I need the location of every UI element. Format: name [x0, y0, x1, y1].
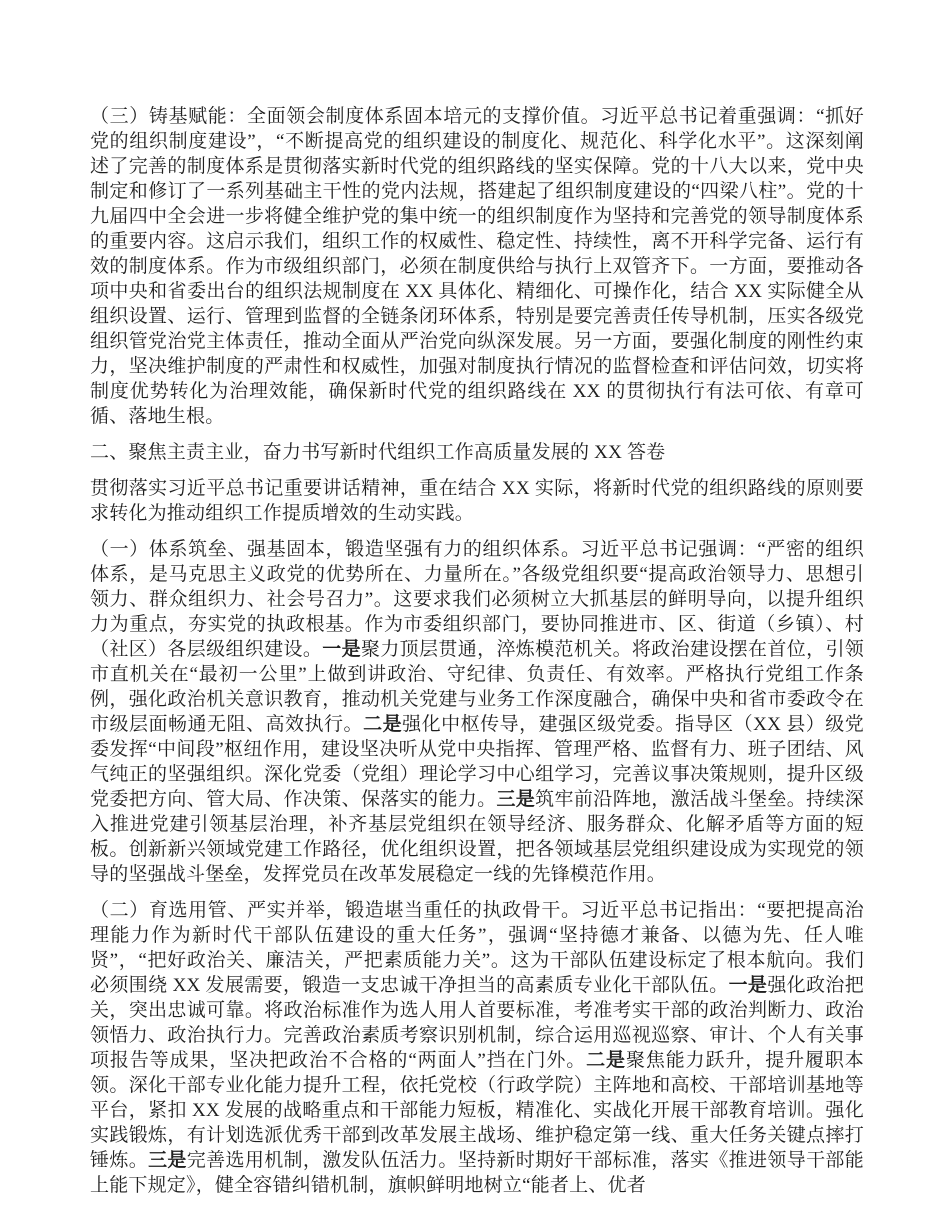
bold-run: 二是 [363, 714, 402, 735]
text-run: 贯彻落实习近平总书记重要讲话精神，重在结合 XX 实际，将新时代党的组织路线的原… [90, 478, 864, 524]
paragraph-section-2-intro: 贯彻落实习近平总书记重要讲话精神，重在结合 XX 实际，将新时代党的组织路线的原… [90, 476, 864, 526]
text-run: 完善选用机制，激发队伍活力。坚持新时期好干部标准，落实《推进领导干部能上能下规定… [90, 1150, 864, 1196]
bold-run: 一是 [729, 975, 768, 996]
section-heading-2: 二、聚焦主责主业，奋力书写新时代组织工作高质量发展的 XX 答卷 [90, 440, 864, 465]
bold-run: 一是 [322, 639, 361, 660]
bold-run: 三是 [496, 789, 535, 810]
bold-run: 三是 [148, 1150, 187, 1171]
text-run: 二、聚焦主责主业，奋力书写新时代组织工作高质量发展的 XX 答卷 [90, 442, 665, 463]
document-page: （三）铸基赋能：全面领会制度体系固本培元的支撑价值。习近平总书记着重强调：“抓好… [0, 0, 950, 1230]
paragraph-item-2-cadre-team: （二）育选用管、严实并举，锻造堪当重任的执政骨干。习近平总书记指出：“要把提高治… [90, 898, 864, 1198]
bold-run: 二是 [586, 1050, 626, 1071]
text-run: （三）铸基赋能：全面领会制度体系固本培元的支撑价值。习近平总书记着重强调：“抓好… [90, 106, 864, 427]
paragraph-item-1-organization-system: （一）体系筑垒、强基固本，锻造坚强有力的组织体系。习近平总书记强调：“严密的组织… [90, 537, 864, 887]
document-body: （三）铸基赋能：全面领会制度体系固本培元的支撑价值。习近平总书记着重强调：“抓好… [0, 0, 950, 1198]
paragraph-section-3-institution-value: （三）铸基赋能：全面领会制度体系固本培元的支撑价值。习近平总书记着重强调：“抓好… [90, 104, 864, 429]
